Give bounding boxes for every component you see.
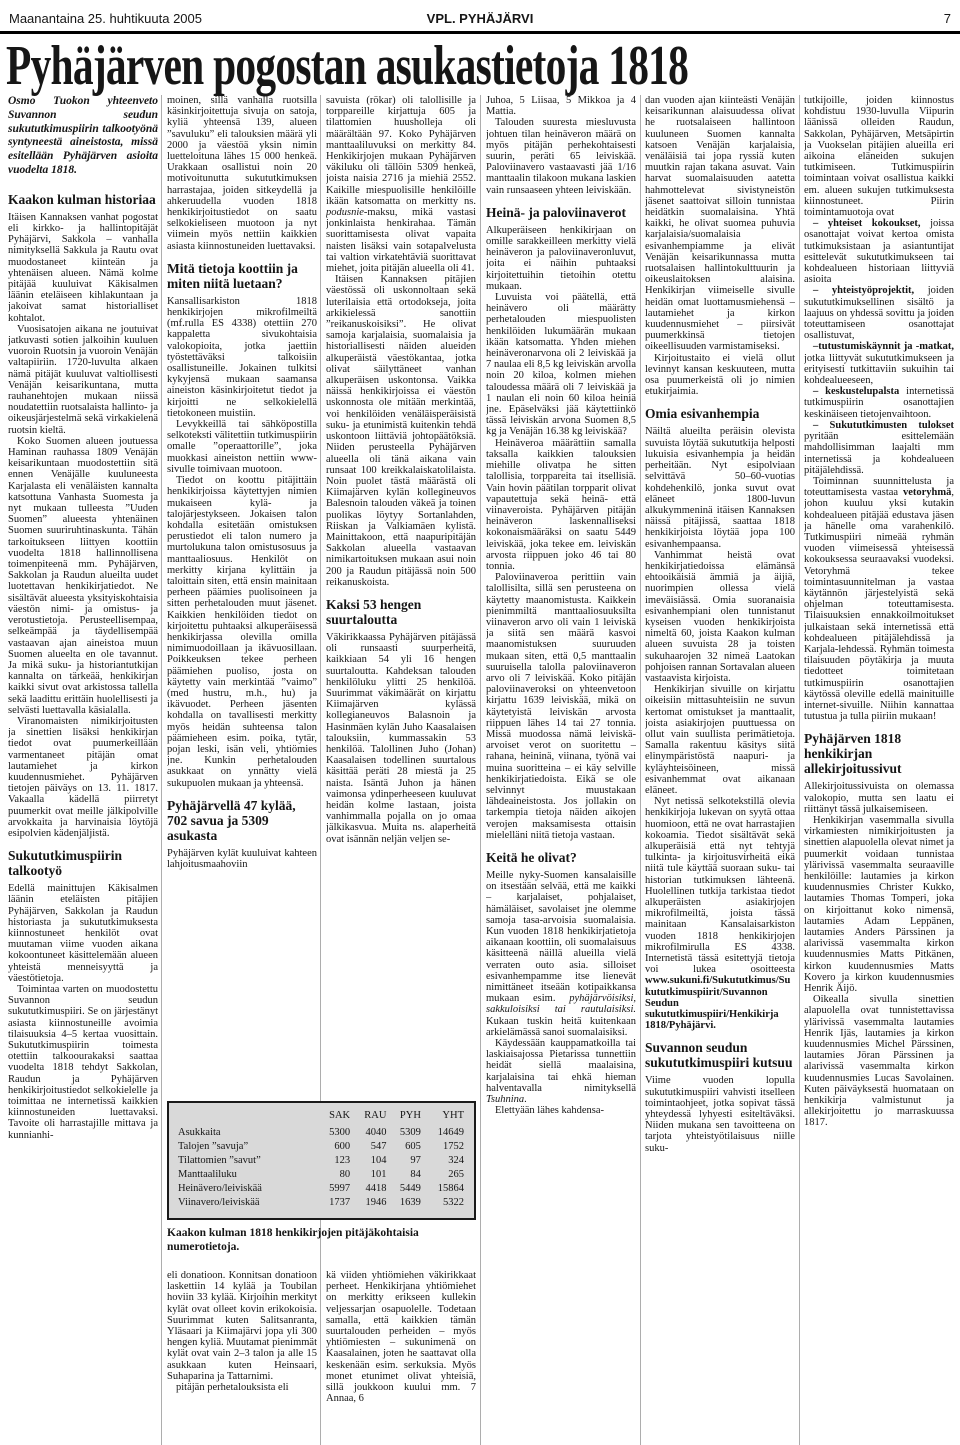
table-cell: 605 <box>386 1140 420 1154</box>
paragraph: Vuosisatojen aikana ne joutuivat jatkuva… <box>8 324 158 436</box>
table-column-header: PYH <box>386 1109 420 1126</box>
section-heading: Mitä tietoja koottiin ja miten niitä lue… <box>167 261 317 291</box>
paragraph: Viranomaisten nimikirjoitusten ja sinett… <box>8 716 158 839</box>
text-column-2: moinen, sillä vanhalla ruotsilla käsinki… <box>167 95 317 1098</box>
section-heading: Pyhäjärvellä 47 kylää, 702 savua ja 5309… <box>167 798 317 843</box>
paragraph: Heinäveroa määrättiin samalla taksalla k… <box>486 438 636 572</box>
column-divider <box>640 95 641 1445</box>
article-headline: Pyhäjärven pogostan asukastietoja 1818 <box>6 34 688 98</box>
section-heading: Heinä- ja paloviinaverot <box>486 205 636 220</box>
table-row: Asukkaita53004040530914649 <box>178 1126 464 1140</box>
text-run: podusnie <box>326 207 364 218</box>
table-cell: 5997 <box>316 1182 350 1196</box>
section-heading: Kaakon kulman historiaa <box>8 192 158 207</box>
paragraph: Näiltä alueilta peräisin olevista suvuis… <box>645 426 795 549</box>
paragraph: –tutustumiskäynnit ja -matkat, jotka lii… <box>804 341 954 386</box>
statistics-table: SAKRAUPYHYHT Asukkaita53004040530914649T… <box>178 1109 464 1210</box>
text-run: savuista (rökar) oli talollisille ja tor… <box>326 95 476 207</box>
table-cell: 265 <box>421 1168 464 1182</box>
paragraph: Henkikirjan vasemmalla sivulla virkamies… <box>804 815 954 994</box>
paragraph: Käydessään kauppamatkoilla tai laskiaisa… <box>486 1038 636 1105</box>
text-run: Meille nyky-Suomen kansalaisille on itse… <box>486 870 636 1004</box>
paragraph: Edellä mainittujen Käkisalmen läänin ete… <box>8 883 158 984</box>
header-paper-title: VPL. PYHÄJÄRVI <box>9 11 951 26</box>
table-cell: Tilattomien ”savut” <box>178 1154 316 1168</box>
table-row: Tilattomien ”savut”12310497324 <box>178 1154 464 1168</box>
table-cell: 600 <box>316 1140 350 1154</box>
paragraph: Vanhimmat heistä ovat henkikirjatiedoiss… <box>645 550 795 684</box>
table-column-header: RAU <box>350 1109 386 1126</box>
section-heading: Keitä he olivat? <box>486 850 636 865</box>
paragraph: Meille nyky-Suomen kansalaisille on itse… <box>486 870 636 1038</box>
paragraph: – yhteistyöprojektit, joiden sukututkimu… <box>804 285 954 341</box>
text-column-3-below-table: kä viiden yhtiömiehen väkirikkaat perhee… <box>326 1270 476 1445</box>
table-cell: Asukkaita <box>178 1126 316 1140</box>
paragraph: moinen, sillä vanhalla ruotsilla käsinki… <box>167 95 317 252</box>
text-run: . <box>524 1094 527 1105</box>
text-run: jotka liittyvät sukututkimukseen ja erit… <box>804 353 954 386</box>
section-heading: Suvannon seudun sukututkimuspiiri kutsuu <box>645 1040 795 1070</box>
table-row: Viinavero/leiviskää1737194616395322 <box>178 1196 464 1210</box>
text-run: – yhteistyöprojektit, <box>813 285 928 296</box>
text-run: Nyt netissä selkotekstillä olevia henkik… <box>645 796 795 975</box>
paragraph: Pyhäjärven kylät kuuluivat kahteen lahjo… <box>167 848 317 870</box>
text-column-2-below-table: eli donatioon. Konnitsan donatioon laske… <box>167 1270 317 1445</box>
section-heading: Omia esivanhempia <box>645 406 795 421</box>
table-row: Talojen ”savuja”6005476051752 <box>178 1140 464 1154</box>
paragraph: Allekirjoitussivuista on olemassa valoko… <box>804 781 954 815</box>
text-run: Kukaan tuskin heitä kuitenkaan arkielämä… <box>486 1016 636 1038</box>
paragraph: Juhoa, 5 Liisaa, 5 Mikkoa ja 4 Mattia. <box>486 95 636 117</box>
statistics-table-box: SAKRAUPYHYHT Asukkaita53004040530914649T… <box>167 1101 476 1220</box>
table-cell: 547 <box>350 1140 386 1154</box>
text-run: Käydessään kauppamatkoilla tai laskiaisa… <box>486 1038 636 1094</box>
text-column-6: tutkijoille, joiden kiinnostus kohdistuu… <box>804 95 954 1445</box>
section-heading: Pyhäjärven 1818 henkikirjan allekirjoitu… <box>804 731 954 776</box>
table-cell: Heinävero/leiviskää <box>178 1182 316 1196</box>
text-run: –tutustumiskäynnit ja -matkat, <box>813 341 954 352</box>
table-cell: 4040 <box>350 1126 386 1140</box>
paragraph: Nyt netissä selkotekstillä olevia henkik… <box>645 796 795 1031</box>
paragraph: – keskustelupalsta internetissä tutkimus… <box>804 386 954 420</box>
paragraph: Henkikirjan sivuille on kirjattu oikeisi… <box>645 684 795 796</box>
paragraph: Kirjoitustaito ei vielä ollut levinnyt k… <box>645 353 795 398</box>
text-run: Tsuhnina <box>486 1094 524 1105</box>
table-cell: 1946 <box>350 1196 386 1210</box>
table-cell: 4418 <box>350 1182 386 1196</box>
table-cell: 1752 <box>421 1140 464 1154</box>
table-cell: 104 <box>350 1154 386 1168</box>
table-column-header: SAK <box>316 1109 350 1126</box>
table-cell: Talojen ”savuja” <box>178 1140 316 1154</box>
text-column-1: Osmo Tuokon yhteenveto Suvannon seudun s… <box>8 95 158 1445</box>
column-divider <box>480 95 481 1445</box>
table-cell: 101 <box>350 1168 386 1182</box>
paragraph: kä viiden yhtiömiehen väkirikkaat perhee… <box>326 1270 476 1404</box>
table-cell: 15864 <box>421 1182 464 1196</box>
table-cell: 80 <box>316 1168 350 1182</box>
table-cell: Manttaaliluku <box>178 1168 316 1182</box>
paragraph: – Sukututkimusten tulokset pyritään esit… <box>804 420 954 476</box>
text-column-4: Juhoa, 5 Liisaa, 5 Mikkoa ja 4 Mattia.Ta… <box>486 95 636 1445</box>
text-run: , johon kuuluu yksi kutakin kohdealueen … <box>804 487 954 722</box>
paragraph: Itäisen Kannaksen pitäjien väestössä oli… <box>326 274 476 588</box>
intro-text: Osmo Tuokon yhteenveto Suvannon seudun s… <box>8 95 158 178</box>
table-cell: 324 <box>421 1154 464 1168</box>
table-column-header <box>178 1109 316 1126</box>
table-cell: 123 <box>316 1154 350 1168</box>
paragraph: Kansallisarkiston 1818 henkikirjojen mik… <box>167 296 317 419</box>
paragraph: Toiminnan suunnittelusta ja toteuttamise… <box>804 476 954 722</box>
paragraph: Viime vuoden lopulla sukututkimuspiiri v… <box>645 1075 795 1153</box>
paragraph: savuista (rökar) oli talollisille ja tor… <box>326 95 476 274</box>
table-cell: 1737 <box>316 1196 350 1210</box>
column-divider <box>799 95 800 1445</box>
text-run: – keskustelupalsta <box>813 386 906 397</box>
text-run: – yhteiset kokoukset, <box>813 218 930 229</box>
table-cell: 97 <box>386 1154 420 1168</box>
paragraph: Väkirikkaassa Pyhäjärven pitäjässä oli r… <box>326 632 476 845</box>
section-heading: Sukututkimuspiirin talkootyö <box>8 848 158 878</box>
text-run: pyritään esittelemään mahdollisimman laa… <box>804 431 954 476</box>
paragraph: Toimintaa varten on muodostettu Suvannon… <box>8 984 158 1141</box>
section-heading: Kaksi 53 hengen suurtaloutta <box>326 597 476 627</box>
paragraph: Paloviinaveroa perittiin vain talollisil… <box>486 572 636 841</box>
text-column-5: dan vuoden ajan kiinteästi Venäjän keisa… <box>645 95 795 1445</box>
table-cell: 5300 <box>316 1126 350 1140</box>
table-cell: 5322 <box>421 1196 464 1210</box>
paragraph: Tiedot on koottu pitäjittäin henkikirjoi… <box>167 475 317 789</box>
newspaper-page: Maanantaina 25. huhtikuuta 2005 VPL. PYH… <box>0 0 960 1445</box>
paragraph: Luvuista voi päätellä, että heinävero ol… <box>486 292 636 438</box>
header-page-number: 7 <box>944 11 951 26</box>
table-caption: Kaakon kulman 1818 henkikirjojen pitäjäk… <box>167 1226 476 1254</box>
table-cell: 5309 <box>386 1126 420 1140</box>
table-column-header: YHT <box>421 1109 464 1126</box>
paragraph: eli donatioon. Konnitsan donatioon laske… <box>167 1270 317 1382</box>
text-run: vetoryhmä <box>903 487 951 498</box>
page-header: Maanantaina 25. huhtikuuta 2005 VPL. PYH… <box>9 11 951 31</box>
table-cell: 5449 <box>386 1182 420 1196</box>
text-column-3: savuista (rökar) oli talollisille ja tor… <box>326 95 476 1098</box>
paragraph: dan vuoden ajan kiinteästi Venäjän keisa… <box>645 95 795 353</box>
paragraph: Talouden suuresta miesluvusta johtuen ti… <box>486 117 636 195</box>
paragraph: Oikealla sivulla sinettien alapuolella o… <box>804 994 954 1128</box>
table-row: Heinävero/leiviskää59974418544915864 <box>178 1182 464 1196</box>
table-cell: 1639 <box>386 1196 420 1210</box>
column-divider <box>161 95 162 1445</box>
paragraph: Elettyään lähes kahdensa- <box>486 1105 636 1116</box>
paragraph: Levykkeillä tai sähköpostilla selkotekst… <box>167 419 317 475</box>
paragraph: – yhteiset kokoukset, joissa osanottajat… <box>804 218 954 285</box>
paragraph: Itäisen Kannaksen vanhat pogostat eli ki… <box>8 212 158 324</box>
paragraph: tutkijoille, joiden kiinnostus kohdistuu… <box>804 95 954 218</box>
table-row: Manttaaliluku8010184265 <box>178 1168 464 1182</box>
text-run: – Sukututkimusten tulokset <box>813 420 954 431</box>
paragraph: Alkuperäiseen henkikirjaan on omille sar… <box>486 225 636 292</box>
table-cell: Viinavero/leiviskää <box>178 1196 316 1210</box>
table-cell: 84 <box>386 1168 420 1182</box>
paragraph: pitäjän perhetalouksista eli <box>167 1382 317 1393</box>
text-run: www.sukuni.fi/Sukututkimus/Sukututkimusp… <box>645 975 790 1031</box>
paragraph: Koko Suomen alueen joutuessa Haminan rau… <box>8 436 158 716</box>
table-cell: 14649 <box>421 1126 464 1140</box>
